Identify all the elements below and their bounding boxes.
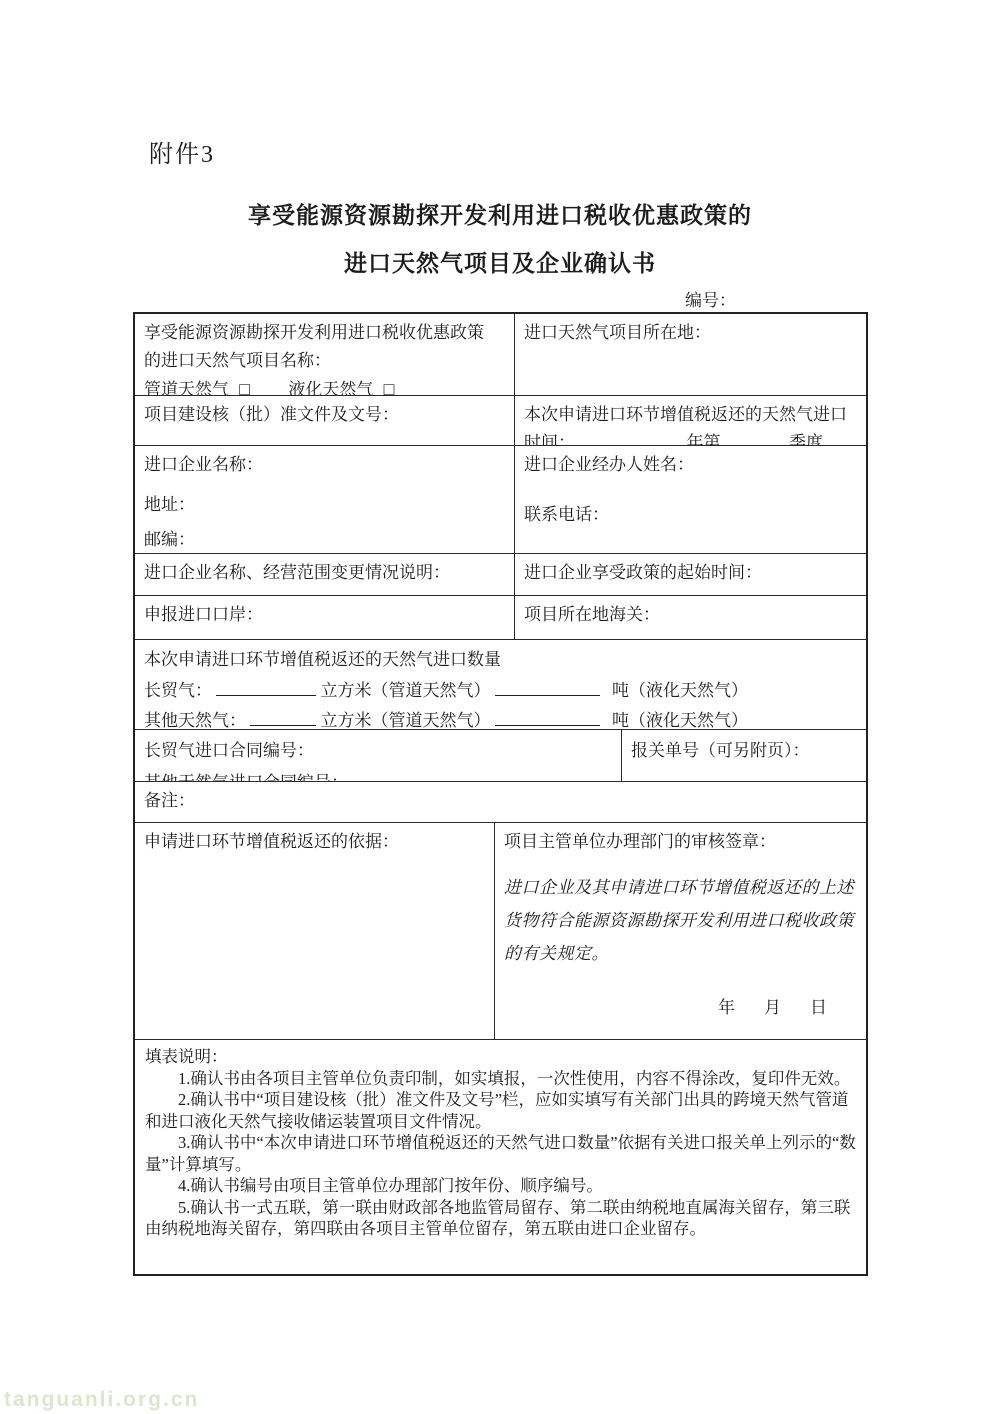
- row-basis-review: 申请进口环节增值税返还的依据： 项目主管单位办理部门的审核签章： 进口企业及其申…: [135, 822, 866, 1039]
- lng-checkbox: □: [384, 379, 395, 395]
- contract-numbers-cell: 长贸气进口合同编号： 其他天然气进口合同编号：: [135, 730, 621, 781]
- row-instructions: 填表说明： 1.确认书由各项目主管单位负责印制，如实填报，一次性使用，内容不得涂…: [135, 1039, 866, 1274]
- instruction-item-5: 5.确认书一式五联，第一联由财政部各地监管局留存、第二联由纳税地直属海关留存，第…: [145, 1197, 856, 1240]
- pipeline-gas-option-label: 管道天然气: [144, 380, 229, 395]
- lng-option-label: 液化天然气: [288, 380, 373, 395]
- instruction-item-4: 4.确认书编号由项目主管单位办理部门按年份、顺序编号。: [145, 1175, 856, 1197]
- instruction-item-2: 2.确认书中“项目建设核（批）准文件及文号”栏，应如实填写有关部门出具的跨境天然…: [145, 1089, 856, 1132]
- cubic-unit-label2: 立方米（管道天然气）: [321, 711, 491, 729]
- form-title-line1: 享受能源资源勘探开发利用进口税收优惠政策的: [0, 197, 1000, 230]
- row-change-policy: 进口企业名称、经营范围变更情况说明： 进口企业享受政策的起始时间：: [135, 553, 866, 595]
- project-name-label-line1: 享受能源资源勘探开发利用进口税收优惠政策: [144, 319, 505, 347]
- row-approval-time: 项目建设核（批）准文件及文号： 本次申请进口环节增值税返还的天然气进口 时间： …: [135, 395, 866, 445]
- import-time-prefix: 时间：: [524, 433, 575, 445]
- change-note-label: 进口企业名称、经营范围变更情况说明：: [144, 563, 450, 582]
- project-name-label-line2: 的进口天然气项目名称：: [144, 347, 505, 375]
- other-gas-label: 其他天然气：: [144, 711, 246, 729]
- change-note-cell: 进口企业名称、经营范围变更情况说明：: [135, 554, 514, 595]
- cubic-unit-label: 立方米（管道天然气）: [321, 681, 491, 700]
- remarks-label: 备注：: [144, 791, 195, 810]
- instruction-item-3: 3.确认书中“本次申请进口环节增值税返还的天然气进口数量”依据有关进口报关单上列…: [145, 1132, 856, 1175]
- approval-doc-cell: 项目建设核（批）准文件及文号：: [135, 396, 514, 445]
- contact-phone-label: 联系电话：: [524, 501, 857, 529]
- enterprise-address-label: 地址：: [144, 491, 505, 519]
- enterprise-contact-cell: 进口企业经办人姓名： 联系电话：: [514, 446, 866, 553]
- project-location-label: 进口天然气项目所在地：: [524, 323, 711, 342]
- row-port-customs: 申报进口口岸： 项目所在地海关：: [135, 595, 866, 639]
- other-cubic-blank: [250, 709, 316, 726]
- row-enterprise-info: 进口企业名称： 地址： 邮编： 进口企业经办人姓名： 联系电话：: [135, 445, 866, 553]
- instructions-cell: 填表说明： 1.确认书由各项目主管单位负责印制，如实填报，一次性使用，内容不得涂…: [135, 1040, 866, 1274]
- enterprise-postcode-label: 邮编：: [144, 526, 505, 553]
- policy-start-label: 进口企业享受政策的起始时间：: [524, 563, 762, 582]
- form-title-line2: 进口天然气项目及企业确认书: [0, 245, 1000, 278]
- longterm-contract-label: 长贸气进口合同编号：: [144, 735, 612, 767]
- row-quantity: 本次申请进口环节增值税返还的天然气进口数量 长贸气： 立方米（管道天然气） 吨（…: [135, 639, 866, 729]
- row-remarks: 备注：: [135, 781, 866, 822]
- declare-port-cell: 申报进口口岸：: [135, 596, 514, 639]
- project-location-cell: 进口天然气项目所在地：: [514, 314, 866, 395]
- refund-basis-cell: 申请进口环节增值税返还的依据：: [135, 823, 494, 1039]
- customs-cell: 项目所在地海关：: [514, 596, 866, 639]
- longterm-cubic-blank: [216, 679, 316, 696]
- row-project-name: 享受能源资源勘探开发利用进口税收优惠政策 的进口天然气项目名称： 管道天然气 □…: [135, 314, 866, 395]
- document-page: 附件3 享受能源资源勘探开发利用进口税收优惠政策的 进口天然气项目及企业确认书 …: [0, 0, 1000, 1414]
- pipeline-gas-checkbox: □: [239, 379, 250, 395]
- customs-label: 项目所在地海关：: [524, 605, 660, 624]
- import-time-label: 本次申请进口环节增值税返还的天然气进口: [524, 401, 857, 429]
- quantity-cell: 本次申请进口环节增值税返还的天然气进口数量 长贸气： 立方米（管道天然气） 吨（…: [135, 640, 866, 729]
- other-ton-blank: [495, 709, 600, 726]
- watermark: tanguanli.org.cn: [4, 1388, 199, 1412]
- import-time-cell: 本次申请进口环节增值税返还的天然气进口 时间： 年第 季度: [514, 396, 866, 445]
- form-table: 享受能源资源勘探开发利用进口税收优惠政策 的进口天然气项目名称： 管道天然气 □…: [133, 312, 868, 1276]
- declare-port-label: 申报进口口岸：: [144, 605, 263, 624]
- gas-type-options: 管道天然气 □ 液化天然气 □: [144, 375, 505, 395]
- review-signature-cell: 项目主管单位办理部门的审核签章： 进口企业及其申请进口环节增值税返还的上述货物符…: [494, 823, 866, 1039]
- quarter-unit-label: 季度: [789, 433, 823, 445]
- row-contracts: 长贸气进口合同编号： 其他天然气进口合同编号： 报关单号（可另附页）：: [135, 729, 866, 781]
- ton-unit-label2: 吨（液化天然气）: [612, 711, 748, 729]
- other-contract-label: 其他天然气进口合同编号：: [144, 767, 612, 781]
- longterm-gas-label: 长贸气：: [144, 681, 212, 700]
- enterprise-name-label: 进口企业名称：: [144, 451, 505, 479]
- attachment-label: 附件3: [149, 134, 215, 169]
- refund-basis-label: 申请进口环节增值税返还的依据：: [144, 832, 399, 851]
- longterm-ton-blank: [495, 679, 600, 696]
- review-date-line: 年 月 日: [504, 994, 857, 1022]
- instruction-item-1: 1.确认书由各项目主管单位负责印制，如实填报，一次性使用，内容不得涂改，复印件无…: [145, 1068, 856, 1090]
- form-number-label: 编号：: [133, 286, 868, 311]
- approval-doc-label: 项目建设核（批）准文件及文号：: [144, 405, 399, 424]
- remarks-cell: 备注：: [135, 782, 866, 822]
- review-signature-label: 项目主管单位办理部门的审核签章：: [504, 828, 857, 856]
- project-name-cell: 享受能源资源勘探开发利用进口税收优惠政策 的进口天然气项目名称： 管道天然气 □…: [135, 314, 514, 395]
- declaration-number-cell: 报关单号（可另附页）：: [621, 730, 866, 781]
- review-statement: 进口企业及其申请进口环节增值税返还的上述货物符合能源资源勘探开发利用进口税收政策…: [504, 871, 857, 970]
- enterprise-info-cell: 进口企业名称： 地址： 邮编：: [135, 446, 514, 553]
- policy-start-cell: 进口企业享受政策的起始时间：: [514, 554, 866, 595]
- longterm-gas-line: 长贸气： 立方米（管道天然气） 吨（液化天然气）: [144, 676, 857, 707]
- quarter-blank-field: [725, 431, 785, 445]
- import-time-fill-line: 时间： 年第 季度: [524, 429, 857, 445]
- year-blank-field: [579, 431, 682, 445]
- quantity-title: 本次申请进口环节增值税返还的天然气进口数量: [144, 645, 857, 676]
- year-unit-label: 年第: [687, 433, 721, 445]
- declaration-number-label: 报关单号（可另附页）：: [631, 741, 810, 760]
- agent-name-label: 进口企业经办人姓名：: [524, 451, 857, 479]
- instructions-title: 填表说明：: [145, 1046, 856, 1068]
- ton-unit-label: 吨（液化天然气）: [612, 681, 748, 700]
- other-gas-line: 其他天然气： 立方米（管道天然气） 吨（液化天然气）: [144, 706, 857, 729]
